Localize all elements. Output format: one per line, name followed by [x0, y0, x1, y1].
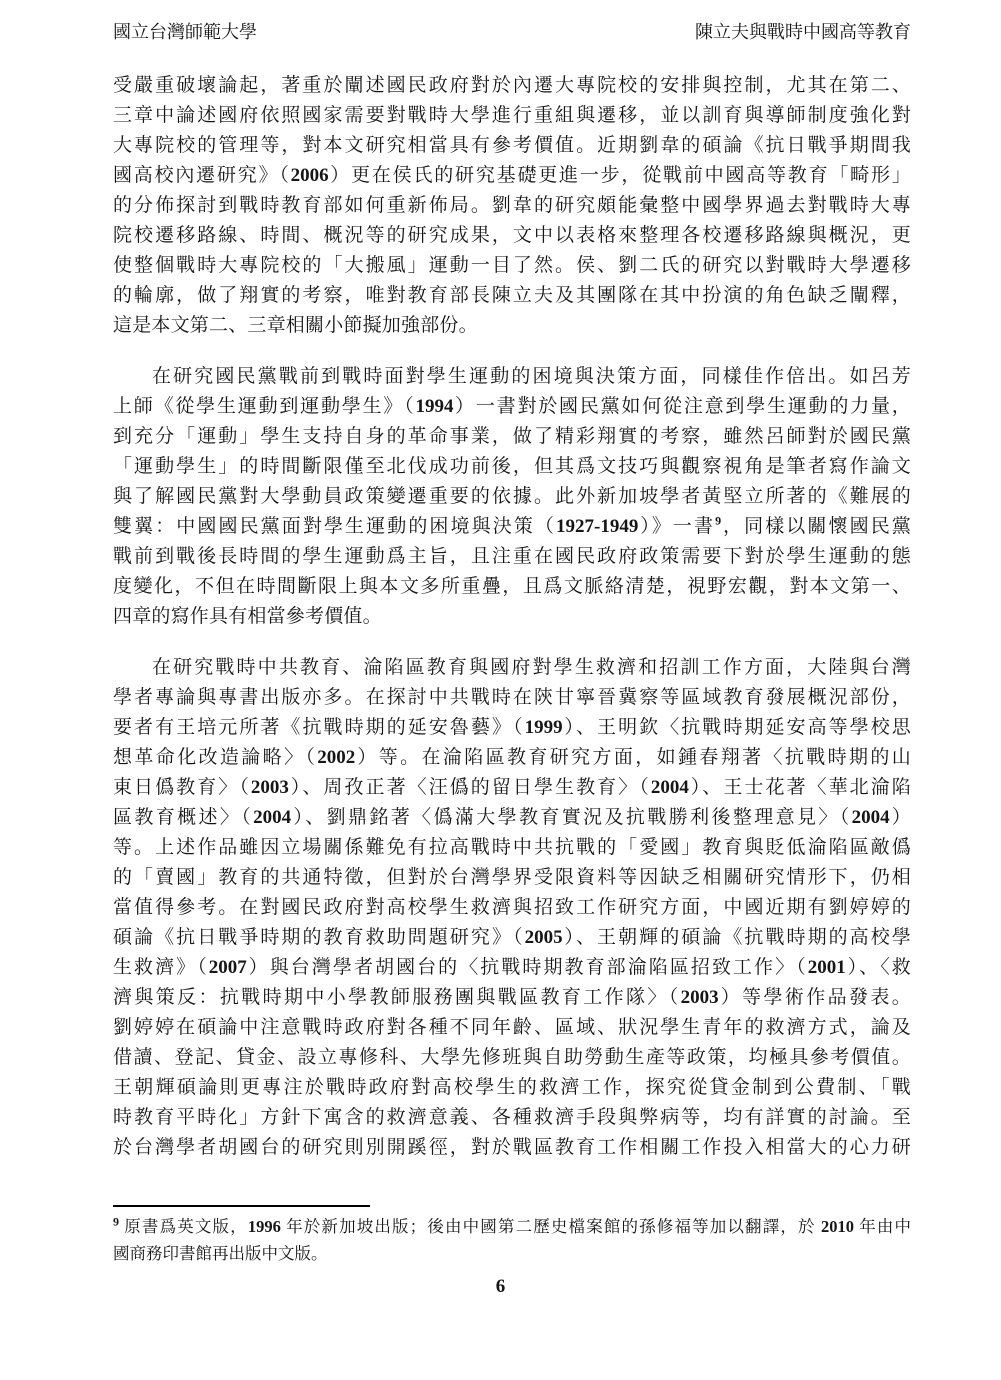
body-line: 的輪廓，做了翔實的考察，唯對教育部長陳立夫及其團隊在其中扮演的角色缺乏闡釋， — [113, 281, 911, 311]
footnote-line: 9 原書爲英文版，1996 年於新加坡出版；後由中國第二歷史檔案館的孫修福等加以… — [113, 1213, 911, 1240]
document-page: 國立台灣師範大學 陳立夫與戰時中國高等教育 受嚴重破壞論起，著重於闡述國民政府對… — [0, 0, 1001, 1380]
bold-year: 2007 — [209, 957, 247, 978]
bold-year: 2004 — [253, 807, 291, 828]
body-line: 劉婷婷在碩論中注意戰時政府對各種不同年齡、區域、狀況學生青年的救濟方式，論及 — [113, 1013, 911, 1043]
body-line: 區教育概述〉（2004）、劉鼎銘著〈僞滿大學教育實況及抗戰勝利後整理意見〉（20… — [113, 803, 911, 833]
body-line: 借讀、登記、貸金、設立專修科、大學先修班與自助勞動生產等政策，均極具參考價值。 — [113, 1043, 911, 1073]
body-line: 度變化，不但在時間斷限上與本文多所重疊，且爲文脈絡清楚，視野宏觀，對本文第一、 — [113, 572, 911, 602]
body-line: 濟與策反：抗戰時期中小學教師服務團與戰區教育工作隊〉（2003）等學術作品發表。 — [113, 983, 911, 1013]
body-line: 「運動學生」的時間斷限僅至北伐成功前後，但其爲文技巧與觀察視角是筆者寫作論文 — [113, 452, 911, 482]
body-line: 王朝輝碩論則更專注於戰時政府對高校學生的救濟工作，探究從貸金制到公費制、「戰 — [113, 1073, 911, 1103]
bold-year: 2003 — [251, 777, 289, 798]
body-line: 想革命化改造論略〉（2002）等。在淪陷區教育研究方面，如鍾春翔著〈抗戰時期的山 — [113, 743, 911, 773]
paragraph: 在研究戰時中共教育、淪陷區教育與國府對學生救濟和招訓工作方面，大陸與台灣學者專論… — [113, 653, 911, 1163]
body-line: 四章的寫作具有相當參考價值。 — [113, 602, 911, 632]
body-line: 戰前到戰後長時間的學生運動爲主旨，且注重在國民政府政策需要下對於學生運動的態 — [113, 542, 911, 572]
bold-year: 2005 — [525, 927, 563, 948]
bold-year: 2004 — [852, 807, 890, 828]
body-line: 這是本文第二、三章相關小節擬加強部份。 — [113, 311, 911, 341]
paragraph: 受嚴重破壞論起，著重於闡述國民政府對於內遷大專院校的安排與控制，尤其在第二、三章… — [113, 71, 911, 341]
page-header: 國立台灣師範大學 陳立夫與戰時中國高等教育 — [113, 20, 911, 44]
page-body: 受嚴重破壞論起，著重於闡述國民政府對於內遷大專院校的安排與控制，尤其在第二、三章… — [113, 71, 911, 1163]
body-line: 學者專論與專書出版亦多。在探討中共戰時在陝甘寧晉冀察等區域教育發展概況部份， — [113, 683, 911, 713]
bold-year: 2002 — [317, 747, 355, 768]
body-line: 大專院校的管理等，對本文研究相當具有參考價值。近期劉韋的碩論《抗日戰爭期間我 — [113, 131, 911, 161]
paragraph: 在研究國民黨戰前到戰時面對學生運動的困境與決策方面，同樣佳作倍出。如呂芳上師《從… — [113, 362, 911, 632]
footnote-line: 國商務印書館再出版中文版。 — [113, 1240, 911, 1267]
body-line: 等。上述作品雖因立場關係難免有拉高戰時中共抗戰的「愛國」教育與貶低淪陷區敵僞 — [113, 833, 911, 863]
footnote-separator — [113, 1205, 370, 1207]
body-line: 的「賣國」教育的共通特徵，但對於台灣學界受限資料等因缺乏相關研究情形下，仍相 — [113, 863, 911, 893]
body-line: 在研究國民黨戰前到戰時面對學生運動的困境與決策方面，同樣佳作倍出。如呂芳 — [113, 362, 911, 392]
body-line: 上師《從學生運動到運動學生》（1994）一書對於國民黨如何從注意到學生運動的力量… — [113, 392, 911, 422]
body-line: 當值得參考。在對國民政府對高校學生救濟與招致工作研究方面，中國近期有劉婷婷的 — [113, 893, 911, 923]
bold-year: 2004 — [651, 777, 689, 798]
bold-year: 1927-1949 — [556, 516, 638, 537]
bold-year: 2003 — [681, 987, 719, 1008]
page-number: 6 — [0, 1276, 1001, 1298]
body-line: 在研究戰時中共教育、淪陷區教育與國府對學生救濟和招訓工作方面，大陸與台灣 — [113, 653, 911, 683]
header-thesis-title: 陳立夫與戰時中國高等教育 — [695, 20, 911, 44]
body-line: 受嚴重破壞論起，著重於闡述國民政府對於內遷大專院校的安排與控制，尤其在第二、 — [113, 71, 911, 101]
bold-year: 1996 — [248, 1217, 281, 1236]
footnote-ref: 9 — [715, 514, 721, 528]
body-line: 東日僞教育〉（2003）、周孜正著〈汪僞的留日學生教育〉（2004）、王士花著〈… — [113, 773, 911, 803]
body-line: 院校遷移路線、時間、概況等的研究成果，文中以表格來整理各校遷移路線與概況，更 — [113, 221, 911, 251]
body-line: 要者有王培元所著《抗戰時期的延安魯藝》（1999）、王明欽〈抗戰時期延安高等學校… — [113, 713, 911, 743]
body-line: 雙翼：中國國民黨面對學生運動的困境與決策（1927-1949）》一書9，同樣以關… — [113, 512, 911, 542]
body-line: 的分佈探討到戰時教育部如何重新佈局。劉韋的研究頗能彙整中國學界過去對戰時大專 — [113, 191, 911, 221]
bold-year: 2001 — [808, 957, 846, 978]
bold-year: 1999 — [525, 717, 563, 738]
bold-year: 1994 — [415, 396, 453, 417]
body-line: 生救濟》（2007）與台灣學者胡國台的〈抗戰時期教育部淪陷區招致工作〉（2001… — [113, 953, 911, 983]
header-institution: 國立台灣師範大學 — [113, 20, 257, 44]
body-line: 於台灣學者胡國台的研究則別開蹊徑，對於戰區教育工作相關工作投入相當大的心力研 — [113, 1133, 911, 1163]
body-line: 使整個戰時大專院校的「大搬風」運動一目了然。侯、劉二氏的研究以對戰時大學遷移 — [113, 251, 911, 281]
body-line: 國高校內遷研究》（2006）更在侯氏的研究基礎更進一步，從戰前中國高等教育「畸形… — [113, 161, 911, 191]
bold-year: 2006 — [291, 165, 329, 186]
body-line: 與了解國民黨對大學動員政策變遷重要的依據。此外新加坡學者黃堅立所著的《難展的 — [113, 482, 911, 512]
body-line: 三章中論述國府依照國家需要對戰時大學進行重組與遷移，並以訓育與導師制度強化對 — [113, 101, 911, 131]
footnote-ref: 9 — [113, 1215, 119, 1229]
bold-year: 2010 — [821, 1217, 854, 1236]
body-line: 到充分「運動」學生支持自身的革命事業，做了精彩翔實的考察，雖然呂師對於國民黨 — [113, 422, 911, 452]
body-line: 碩論《抗日戰爭時期的教育救助問題研究》（2005）、王朝輝的碩論《抗戰時期的高校… — [113, 923, 911, 953]
footnote: 9 原書爲英文版，1996 年於新加坡出版；後由中國第二歷史檔案館的孫修福等加以… — [113, 1213, 911, 1267]
body-line: 時教育平時化」方針下寓含的救濟意義、各種救濟手段與弊病等，均有詳實的討論。至 — [113, 1103, 911, 1133]
